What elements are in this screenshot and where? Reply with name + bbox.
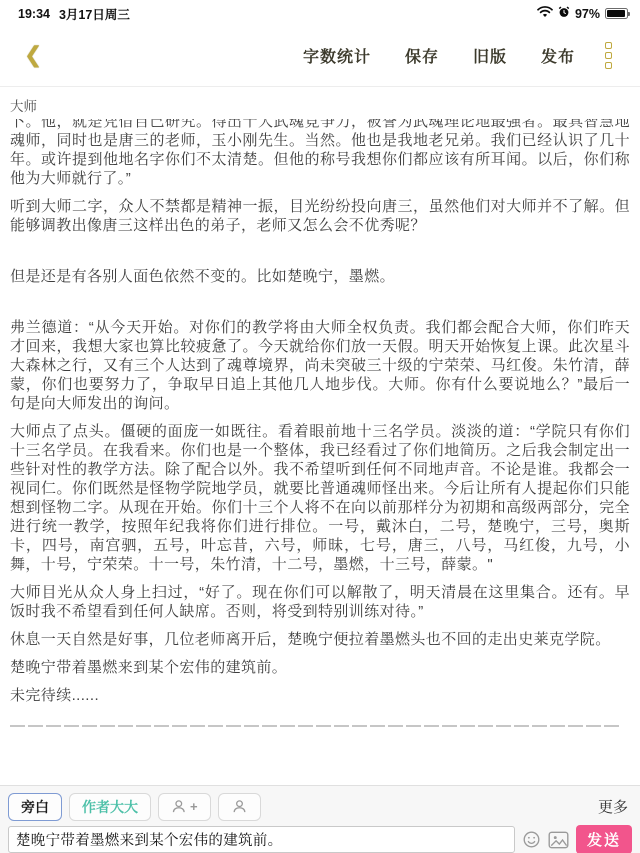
send-button[interactable]: 发送 (576, 825, 632, 853)
image-button[interactable] (548, 831, 569, 849)
back-button[interactable]: ❮ (24, 44, 42, 66)
writer-app-page: 19:34 3月17日周三 97% (0, 0, 640, 853)
smiley-icon (522, 830, 541, 849)
nav-item-old-version[interactable]: 旧版 (473, 44, 507, 67)
chapter-header: 大师 (0, 86, 640, 122)
person-plus-icon (171, 798, 188, 815)
paragraph (10, 295, 630, 309)
bottom-toolbar: 旁白 作者大大 + 更多 (0, 785, 640, 853)
character-button[interactable] (218, 793, 261, 821)
paragraph: 未完待续...... (10, 686, 630, 705)
wifi-icon (537, 6, 553, 21)
paragraph: 听到大师二字，众人不禁都是精神一振，目光纷纷投向唐三，虽然他们对大师并不了解。但… (10, 197, 630, 235)
nav-item-save[interactable]: 保存 (405, 44, 439, 67)
alarm-icon (558, 6, 570, 21)
narration-button[interactable]: 旁白 (8, 793, 62, 821)
paragraph: 但是还是有各别人面色依然不变的。比如楚晚宁，墨燃。 (10, 267, 630, 286)
paragraph: 弗兰德道：“从今天开始。对你们的教学将由大师全权负责。我们都会配合大师，你们昨天… (10, 318, 630, 413)
paragraph: 大师点了点头。僵硬的面庞一如既往。看着眼前地十三名学员。淡淡的道：“学院只有你们… (10, 422, 630, 574)
add-character-button[interactable]: + (158, 793, 211, 821)
nav-bar: ❮ 字数统计 保存 旧版 发布 (0, 24, 640, 86)
status-date: 3月17日周三 (59, 5, 130, 23)
dashes-divider: —————————————————————————————————— (10, 716, 630, 735)
paragraph: 卜。他，就是凭借自己研究。得出十大武魂竞争力，被誉为武魂理论地最强者。最具智慧地… (10, 119, 630, 188)
chapter-title: 大师 (10, 99, 37, 114)
more-button[interactable]: 更多 (598, 796, 632, 817)
nav-item-word-count[interactable]: 字数统计 (303, 44, 371, 67)
chapter-text-area[interactable]: 卜。他，就是凭借自己研究。得出十大武魂竞争力，被誉为武魂理论地最强者。最具智慧地… (0, 119, 640, 785)
kebab-menu-icon[interactable] (605, 42, 612, 69)
sentence-input[interactable] (8, 826, 515, 853)
paragraph: 休息一天自然是好事，几位老师离开后，楚晚宁便拉着墨燃头也不回的走出史莱克学院。 (10, 630, 630, 649)
status-time: 19:34 (18, 7, 50, 21)
person-icon (231, 798, 248, 815)
status-bar: 19:34 3月17日周三 97% (0, 0, 640, 24)
image-icon (548, 831, 569, 849)
emoji-button[interactable] (522, 830, 541, 849)
paragraph: 大师目光从众人身上扫过，“好了。现在你们可以解散了，明天清晨在这里集合。还有。早… (10, 583, 630, 621)
paragraph: 楚晚宁带着墨燃来到某个宏伟的建筑前。 (10, 658, 630, 677)
plus-icon: + (190, 799, 198, 814)
paragraph (10, 244, 630, 258)
nav-item-publish[interactable]: 发布 (541, 44, 575, 67)
author-button[interactable]: 作者大大 (69, 793, 151, 821)
battery-icon (605, 8, 628, 19)
battery-percent: 97% (575, 7, 600, 21)
